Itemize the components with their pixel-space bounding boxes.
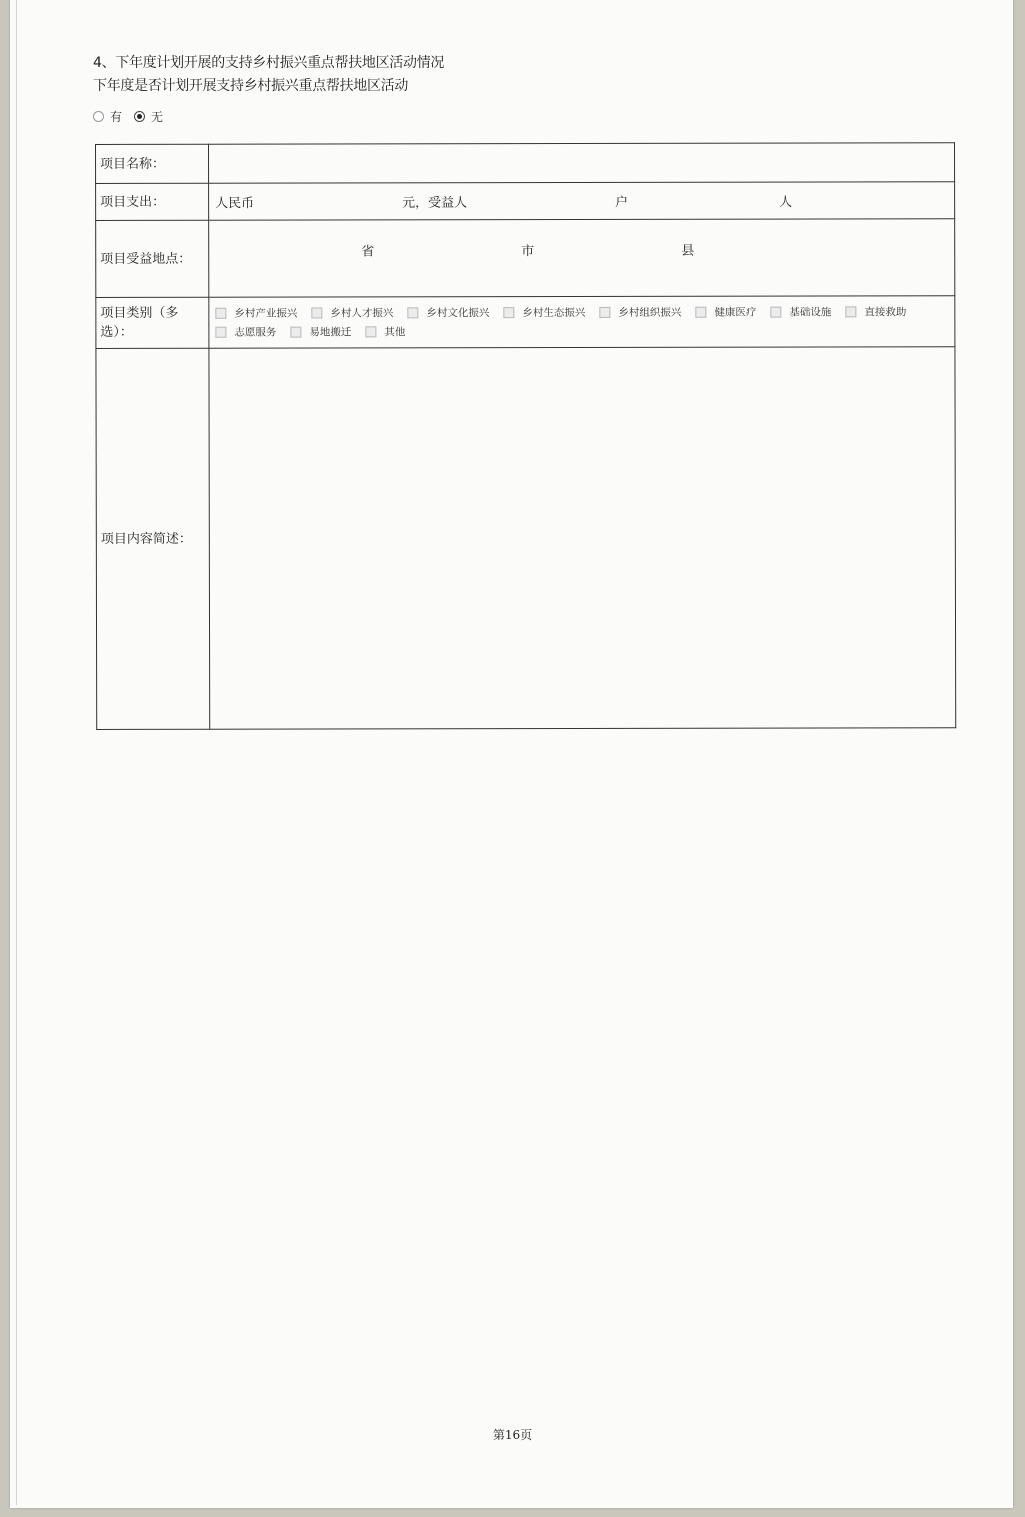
category-option-label: 乡村文化振兴	[426, 305, 489, 320]
project-name-label: 项目名称：	[96, 144, 209, 183]
page-edge	[16, 0, 17, 1505]
category-option[interactable]: 健康医疗	[695, 303, 756, 322]
currency-label: 人民币	[215, 192, 254, 211]
row-project-description: 项目内容简述：	[96, 347, 956, 730]
checkbox-icon[interactable]	[407, 307, 418, 318]
category-option-label: 乡村组织振兴	[618, 305, 681, 320]
checkbox-icon[interactable]	[311, 308, 322, 319]
checkbox-icon[interactable]	[845, 306, 856, 317]
project-form-table: 项目名称： 项目支出： 人民币 元，受益人 户 人 项目受益地点： 省 市 县 …	[95, 142, 956, 730]
city-unit-label: 市	[521, 240, 534, 259]
project-cost-label: 项目支出：	[96, 183, 209, 220]
project-name-field[interactable]	[209, 143, 955, 184]
row-project-cost: 项目支出： 人民币 元，受益人 户 人	[96, 182, 955, 221]
section-title: 4、下年度计划开展的支持乡村振兴重点帮扶地区活动情况	[93, 52, 444, 72]
category-option[interactable]: 乡村文化振兴	[407, 303, 489, 322]
project-category-field: 乡村产业振兴乡村人才振兴乡村文化振兴乡村生态振兴乡村组织振兴健康医疗基础设施直接…	[209, 296, 955, 349]
row-project-location: 项目受益地点： 省 市 县	[96, 219, 955, 298]
category-option-label: 乡村生态振兴	[522, 305, 585, 320]
county-unit-label: 县	[681, 240, 694, 259]
checkbox-icon[interactable]	[215, 327, 226, 338]
category-option-label: 直接救助	[864, 304, 906, 319]
category-option-label: 基础设施	[789, 304, 831, 319]
project-location-label: 项目受益地点：	[96, 220, 209, 297]
radio-yes-label: 有	[110, 108, 122, 125]
category-option[interactable]: 直接救助	[845, 302, 906, 321]
project-description-field[interactable]	[209, 347, 956, 730]
category-option[interactable]: 志愿服务	[215, 323, 276, 342]
row-project-name: 项目名称：	[96, 143, 955, 184]
category-option-label: 健康医疗	[714, 305, 756, 320]
category-option-label: 易地搬迁	[309, 324, 351, 339]
province-unit-label: 省	[361, 240, 374, 259]
checkbox-icon[interactable]	[503, 307, 514, 318]
category-option[interactable]: 乡村生态振兴	[503, 303, 585, 322]
radio-yes-icon[interactable]	[93, 111, 104, 122]
persons-unit-label: 人	[779, 191, 792, 210]
category-option[interactable]: 其他	[365, 322, 405, 341]
radio-no-icon[interactable]	[134, 111, 145, 122]
households-unit-label: 户	[615, 191, 628, 210]
checkbox-icon[interactable]	[695, 307, 706, 318]
category-option[interactable]: 乡村人才振兴	[311, 303, 393, 322]
checkbox-icon[interactable]	[365, 326, 376, 337]
project-description-label: 项目内容简述：	[96, 348, 210, 729]
category-option[interactable]: 乡村组织振兴	[599, 303, 681, 322]
radio-option-yes[interactable]: 有	[93, 108, 122, 125]
checkbox-icon[interactable]	[599, 307, 610, 318]
category-option-label: 乡村人才振兴	[330, 305, 393, 320]
question-text: 下年度是否计划开展支持乡村振兴重点帮扶地区活动	[93, 75, 408, 95]
category-option-label: 其他	[384, 324, 405, 339]
page-number: 第16页	[0, 1426, 1025, 1443]
plan-radio-group: 有 无	[93, 108, 175, 125]
project-cost-field[interactable]: 人民币 元，受益人 户 人	[209, 182, 955, 221]
row-project-category: 项目类别（多选）： 乡村产业振兴乡村人才振兴乡村文化振兴乡村生态振兴乡村组织振兴…	[96, 296, 955, 349]
project-category-label: 项目类别（多选）：	[96, 297, 209, 348]
category-option[interactable]: 易地搬迁	[290, 322, 351, 341]
category-option-label: 志愿服务	[234, 325, 276, 340]
project-location-field[interactable]: 省 市 县	[209, 219, 955, 298]
category-option[interactable]: 基础设施	[770, 302, 831, 321]
radio-option-no[interactable]: 无	[134, 108, 163, 125]
category-option-label: 乡村产业振兴	[234, 306, 297, 321]
radio-no-label: 无	[151, 108, 163, 125]
amount-unit-label: 元，受益人	[402, 192, 467, 211]
category-checkbox-list: 乡村产业振兴乡村人才振兴乡村文化振兴乡村生态振兴乡村组织振兴健康医疗基础设施直接…	[209, 300, 954, 344]
checkbox-icon[interactable]	[290, 327, 301, 338]
category-option[interactable]: 乡村产业振兴	[215, 304, 297, 323]
checkbox-icon[interactable]	[770, 307, 781, 318]
checkbox-icon[interactable]	[215, 308, 226, 319]
